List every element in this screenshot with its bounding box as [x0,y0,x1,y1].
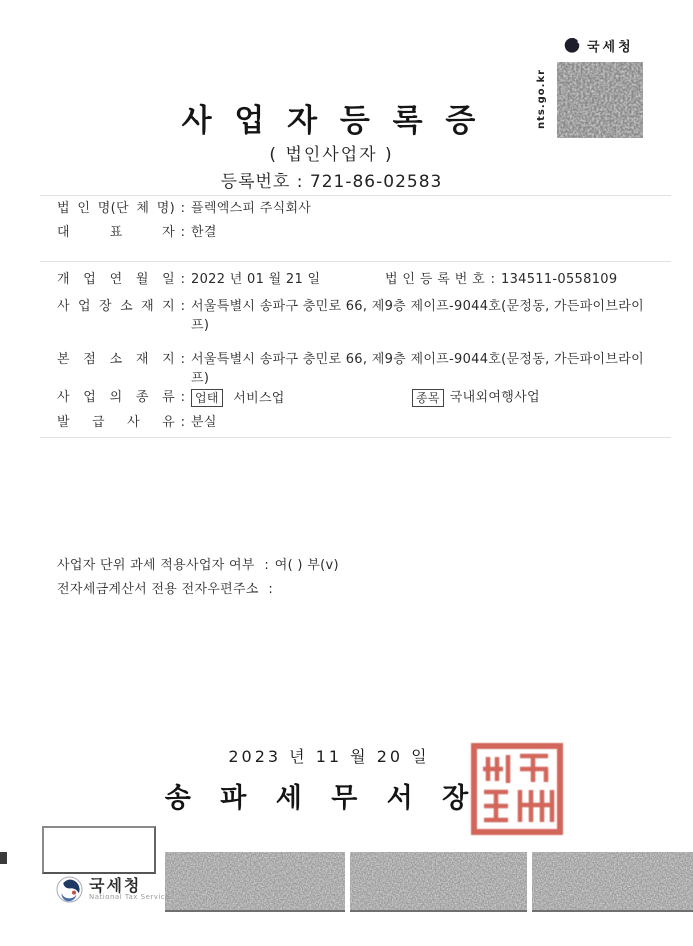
field-label: 법 인 명(단 체 명) [57,199,175,218]
page-title: 사 업 자 등 록 증 [0,95,663,140]
field-label: 전자세금계산서 전용 전자우편주소 [57,580,259,599]
nts-mark-top: 국세청 [563,36,634,55]
colon: : [263,580,279,599]
field-label: 법 인 등 록 번 호 [385,270,485,289]
colon: : [175,270,191,289]
field-label: 사 업 장 소 재 지 [57,297,175,316]
field-corp-regno: 법 인 등 록 번 호 : 134511-0558109 [385,270,617,289]
field-value: 2022 년 01 월 21 일 [191,270,320,289]
business-category-group: 업태 서비스업 [191,388,285,408]
nts-label-bottom-en: National Tax Service [89,894,170,902]
field-label: 본 점 소 재 지 [57,350,175,369]
colon: : [259,556,275,575]
uptae-tag: 업태 [191,389,223,407]
field-label: 대 표 자 [57,223,175,242]
registration-number-label: 등록번호 [221,172,291,192]
business-registration-certificate: 국세청 nts.go.kr 사 업 자 등 록 증 ( 법인사업자 ) 등록번호… [0,0,693,946]
field-value: 플렉엑스피 주식회사 [191,199,311,218]
official-seal [468,740,566,838]
security-pattern-strip [350,852,527,912]
field-value: 134511-0558109 [501,270,617,289]
nts-emblem-icon [56,876,83,903]
divider [40,261,671,262]
field-value: 서울특별시 송파구 충민로 66, 제9층 제이프-9044호(문정동, 가든파… [191,297,661,335]
security-pattern-strip [165,852,345,912]
security-pattern-strip [532,852,693,912]
nts-label-top: 국세청 [587,36,634,55]
colon: : [297,172,304,192]
blank-stamp-box [42,826,156,874]
field-value: 분실 [191,413,217,432]
jongmok-tag: 종목 [412,389,444,407]
field-unit-taxation: 사업자 단위 과세 적용사업자 여부 : 여( ) 부(v) [57,556,673,575]
scan-smudge [0,852,7,864]
jongmok-value: 국내외여행사업 [450,388,540,407]
colon: : [175,223,191,242]
registration-number-line: 등록번호 : 721-86-02583 [0,167,663,192]
page-subtitle: ( 법인사업자 ) [0,140,663,165]
uptae-value: 서비스업 [233,391,284,406]
field-label: 사업자 단위 과세 적용사업자 여부 [57,556,255,575]
nts-emblem-icon [563,37,581,54]
business-item-group: 종목 국내외여행사업 [412,388,540,407]
colon: : [175,297,191,316]
nts-label-bottom: 국세청 [89,877,170,895]
field-headquarters-address: 본 점 소 재 지 : 서울특별시 송파구 충민로 66, 제9층 제이프-90… [57,350,673,388]
colon: : [175,388,191,407]
field-value: 서울특별시 송파구 충민로 66, 제9층 제이프-9044호(문정동, 가든파… [191,350,661,388]
field-issue-reason: 발 급 사 유 : 분실 [57,413,673,432]
field-business-address: 사 업 장 소 재 지 : 서울특별시 송파구 충민로 66, 제9층 제이프-… [57,297,673,335]
divider [40,437,671,438]
field-value: 한결 [191,223,217,242]
field-label: 사 업 의 종 류 [57,388,175,407]
colon: : [175,350,191,369]
field-corp-name: 법 인 명(단 체 명) : 플렉엑스피 주식회사 [57,199,673,218]
field-value: 여( ) 부(v) [275,556,339,575]
colon: : [175,199,191,218]
colon: : [175,413,191,432]
divider [40,195,671,196]
field-open-date: 개 업 연 월 일 : 2022 년 01 월 21 일 법 인 등 록 번 호… [57,270,673,289]
field-label: 발 급 사 유 [57,413,175,432]
colon: : [485,270,501,289]
field-business-type: 사 업 의 종 류 : 업태 서비스업 종목 국내외여행사업 [57,388,673,408]
nts-mark-bottom: 국세청 National Tax Service [56,876,170,903]
field-label: 개 업 연 월 일 [57,270,175,289]
field-representative: 대 표 자 : 한결 [57,223,673,242]
field-etax-email: 전자세금계산서 전용 전자우편주소 : [57,580,673,599]
registration-number-value: 721-86-02583 [310,172,442,192]
